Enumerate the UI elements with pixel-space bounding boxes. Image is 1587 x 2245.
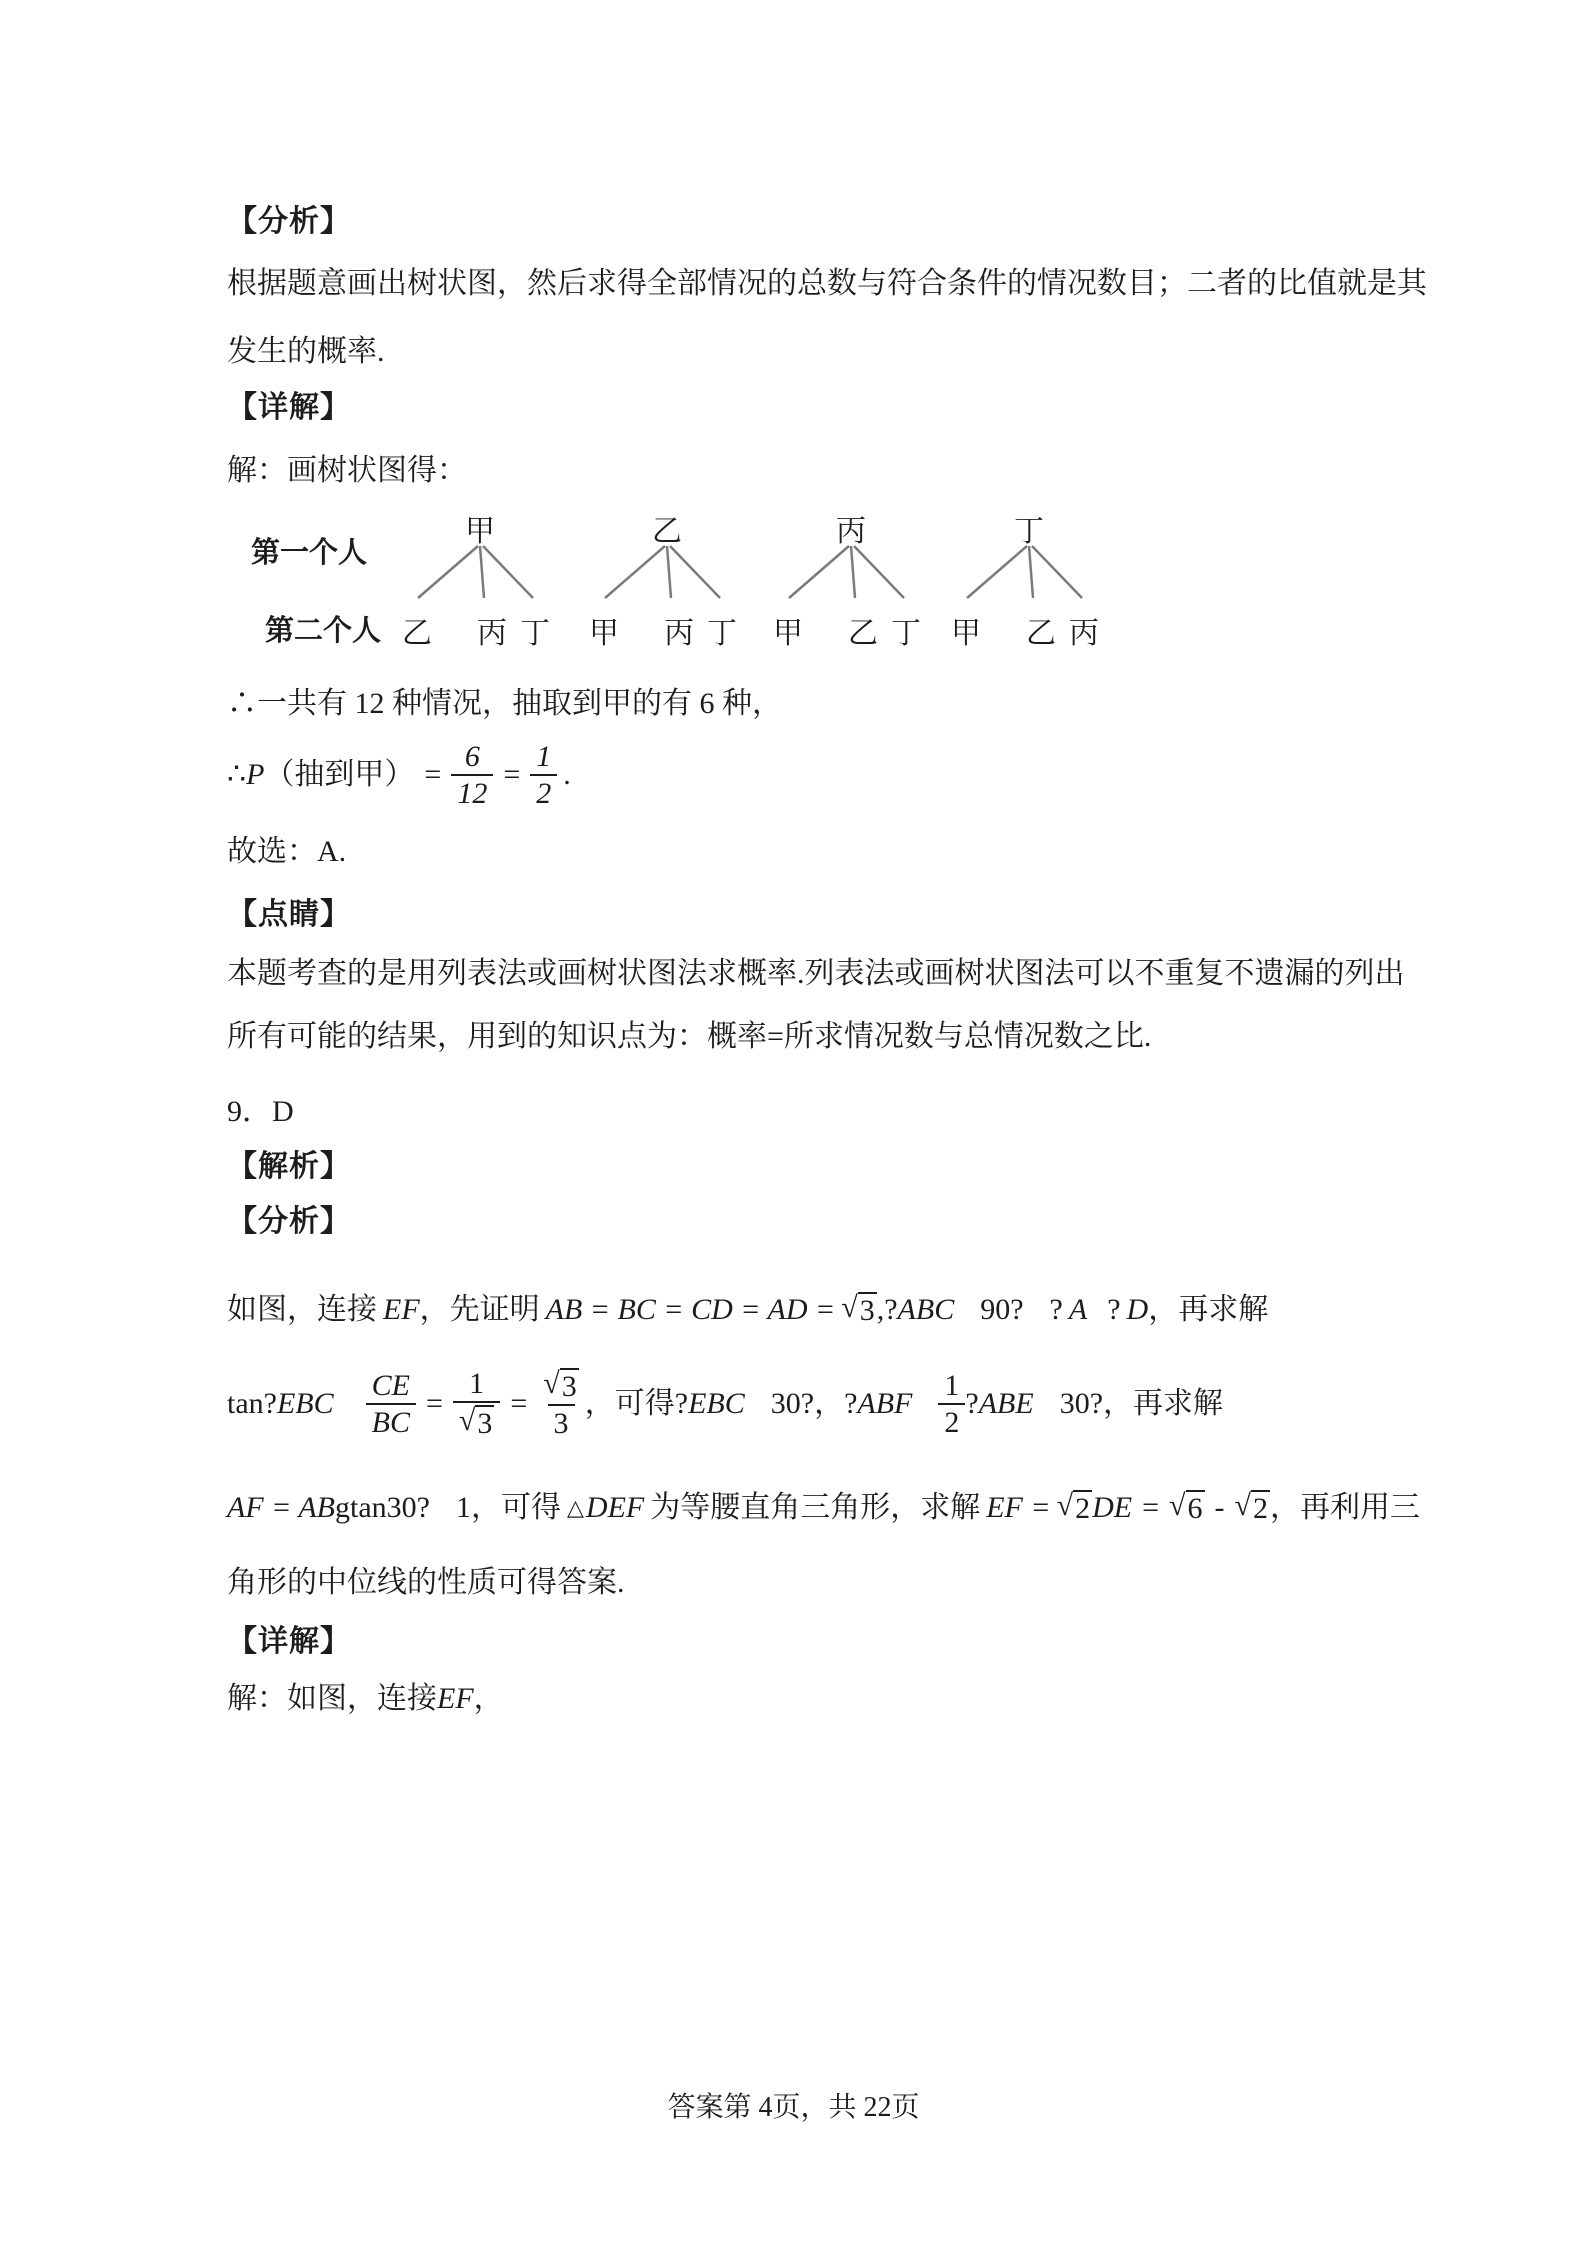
body-text: 本题考查的是用列表法或画树状图法求概率.列表法或画树状图法可以不重复不遗漏的列出: [227, 956, 1405, 992]
answer-choice-8: 故选：A.: [227, 834, 346, 870]
fraction-sqrt3-3: √33: [537, 1367, 584, 1441]
body-text: 解：画树状图得：: [227, 453, 467, 489]
radicand: 3: [475, 1405, 494, 1442]
body-text: ，可得?: [585, 1386, 688, 1422]
equals-sign: =: [424, 757, 441, 793]
math-token: P: [246, 757, 264, 793]
math-token: gtan30?: [335, 1490, 430, 1526]
fraction-1-sqrt3: 1√3: [453, 1367, 500, 1441]
fraction-denominator: 12: [451, 774, 493, 811]
math-token: ABE: [979, 1386, 1034, 1422]
equals-sign: =: [426, 1386, 443, 1422]
math-token: 30?，再求解: [1060, 1386, 1223, 1422]
math-token: ABF: [857, 1386, 912, 1422]
body-text: 为等腰直角三角形，求解: [650, 1490, 980, 1526]
tree-row1-label: 第一个人: [251, 530, 367, 571]
jiexi-heading-9: 【解析】: [227, 1149, 351, 1185]
tree-branch-lines: [400, 544, 560, 600]
math-token: tan?: [227, 1386, 277, 1422]
conclusion-line: ∴一共有 12 种情况，抽取到甲的有 6 种，: [227, 686, 782, 722]
body-text: 角形的中位线的性质可得答案.: [227, 1565, 625, 1601]
page-footer: 答案第 4页，共 22页: [0, 2085, 1587, 2125]
therefore-symbol: ∴: [227, 757, 246, 793]
math-token: 90?: [980, 1292, 1023, 1328]
triangle-symbol: △: [567, 1490, 584, 1526]
analysis-math-line2: tan?EBCCEBC=1√3=√33，可得?EBC30?，?ABF12?ABE…: [227, 1358, 1223, 1450]
tree-child-label: 甲: [588, 608, 620, 652]
body-text: 根据题意画出树状图，然后求得全部情况的总数与符合条件的情况数目；二者的比值就是其: [227, 266, 1427, 302]
tree-branch-lines: [949, 544, 1109, 600]
math-token: D: [1127, 1292, 1149, 1328]
tree-child-label: 丙: [663, 608, 695, 652]
body-text: ，再利用三: [1270, 1490, 1420, 1526]
equals-sign: =: [1142, 1490, 1159, 1526]
radical-sign: √: [1057, 1490, 1073, 1522]
math-token: 30?，?: [771, 1386, 858, 1422]
body-text: ∴一共有 12 种情况，抽取到甲的有 6 种，: [227, 686, 782, 722]
math-token: ?: [965, 1386, 978, 1422]
equals-sign: =: [510, 1386, 527, 1422]
body-text: 1，可得: [456, 1490, 561, 1526]
math-token: EBC: [688, 1386, 745, 1422]
probability-equation: ∴P（抽到甲）=612=12.: [227, 733, 571, 817]
tip-heading-8: 【点睛】: [227, 897, 351, 933]
body-text: ，先证明: [420, 1292, 540, 1328]
equals-sign: =: [503, 757, 520, 793]
radical-2: √2: [1235, 1490, 1270, 1527]
problem-9-answer: 9．D: [227, 1094, 294, 1130]
radical-sign: √: [1235, 1490, 1251, 1522]
fraction-denominator: 2: [530, 774, 557, 811]
body-text: 解：如图，连接: [227, 1681, 437, 1717]
heading-text: 【点睛】: [227, 897, 351, 933]
radical-3: √3: [459, 1405, 494, 1442]
analysis-text-line1: 根据题意画出树状图，然后求得全部情况的总数与符合条件的情况数目；二者的比值就是其: [227, 266, 1427, 302]
radical-sign: √: [459, 1405, 475, 1437]
tree-child-label: 丙: [476, 608, 508, 652]
radicand: 6: [1186, 1490, 1205, 1527]
body-text: 发生的概率.: [227, 334, 385, 370]
tree-group-ding: 丁 甲 乙 丙: [949, 500, 1109, 660]
fraction-denominator: 2: [938, 1403, 965, 1440]
tip-text-line2: 所有可能的结果，用到的知识点为：概率=所求情况数与总情况数之比.: [227, 1019, 1151, 1055]
fenxi-heading-9: 【分析】: [227, 1204, 351, 1240]
minus-sign: -: [1215, 1490, 1225, 1526]
fraction-numerator: 1: [938, 1369, 965, 1403]
tree-group-bing: 丙 甲 乙 丁: [771, 500, 931, 660]
math-token: ?: [1050, 1292, 1063, 1328]
detail-heading-9: 【详解】: [227, 1624, 351, 1660]
heading-text: 【详解】: [227, 1624, 351, 1660]
body-text: 9．D: [227, 1094, 294, 1130]
fraction-numerator: 6: [459, 740, 486, 774]
radical-3: √3: [543, 1368, 578, 1405]
tree-child-label: 甲: [772, 608, 804, 652]
math-token: EBC: [277, 1386, 334, 1422]
tree-child-label: 乙: [401, 608, 433, 652]
analysis-math-line1: 如图，连接EF，先证明AB = BC = CD = AD =√3,?ABC90?…: [227, 1283, 1268, 1337]
math-token: DE: [1092, 1490, 1132, 1526]
fraction-1-2: 12: [530, 740, 557, 810]
radicand: 3: [560, 1368, 579, 1405]
tree-child-label: 乙: [1025, 608, 1057, 652]
body-text: 故选：A.: [227, 834, 346, 870]
tree-group-yi: 乙 甲 丙 丁: [587, 500, 747, 660]
tree-group-jia: 甲 乙 丙 丁: [400, 500, 560, 660]
radicand: 3: [858, 1292, 877, 1329]
analysis-math-line3: AF = ABgtan30?1，可得△DEF为等腰直角三角形，求解EF =√2D…: [227, 1481, 1420, 1535]
fraction-6-12: 612: [451, 740, 493, 810]
radicand: 2: [1073, 1490, 1092, 1527]
tree-branch-lines: [771, 544, 931, 600]
analysis-heading-8: 【分析】: [227, 204, 351, 240]
fraction-denominator: BC: [366, 1403, 416, 1440]
fraction-numerator: CE: [366, 1369, 416, 1403]
detail-heading-8: 【详解】: [227, 390, 351, 426]
body-text: ，再求解: [1148, 1292, 1268, 1328]
tree-child-label: 甲: [950, 608, 982, 652]
tree-child-label: 丙: [1068, 608, 1100, 652]
page-number-text: 答案第 4页，共 22页: [667, 2092, 919, 2123]
heading-text: 【分析】: [227, 1204, 351, 1240]
radical-sign: √: [1169, 1490, 1185, 1522]
fraction-numerator: 1: [530, 740, 557, 774]
solution-intro-8: 解：画树状图得：: [227, 453, 467, 489]
math-token: ABC: [898, 1292, 955, 1328]
body-text: 所有可能的结果，用到的知识点为：概率=所求情况数与总情况数之比.: [227, 1019, 1151, 1055]
heading-text: 【详解】: [227, 390, 351, 426]
math-token: EF =: [986, 1490, 1050, 1526]
math-token: DEF: [586, 1490, 644, 1526]
radical-6: √6: [1169, 1490, 1204, 1527]
math-token: A: [1069, 1292, 1087, 1328]
body-text: 如图，连接: [227, 1292, 377, 1328]
analysis-text-line4: 角形的中位线的性质可得答案.: [227, 1565, 625, 1601]
heading-text: 【解析】: [227, 1149, 351, 1185]
tree-child-label: 丁: [890, 608, 922, 652]
tree-row2-label: 第二个人: [265, 608, 381, 649]
period: .: [563, 757, 571, 793]
body-text: ，: [474, 1681, 504, 1717]
tree-child-label: 丁: [706, 608, 738, 652]
math-token: AF = AB: [227, 1490, 335, 1526]
tree-child-label: 乙: [847, 608, 879, 652]
body-text: （抽到甲）: [264, 757, 414, 793]
radicand: 2: [1251, 1490, 1270, 1527]
document-page: 【分析】 根据题意画出树状图，然后求得全部情况的总数与符合条件的情况数目；二者的…: [0, 0, 1587, 2245]
math-token: AB = BC = CD = AD =: [546, 1292, 836, 1328]
fraction-1-2: 12: [938, 1369, 965, 1439]
radical-sign: √: [841, 1292, 857, 1324]
radical-sign: √: [543, 1368, 559, 1400]
analysis-text-line2: 发生的概率.: [227, 334, 385, 370]
fraction-CE-BC: CEBC: [366, 1369, 416, 1439]
math-token: EF: [437, 1681, 474, 1717]
solution-intro-9: 解：如图，连接 EF，: [227, 1681, 504, 1717]
heading-text: 【分析】: [227, 204, 351, 240]
fraction-numerator: 1: [463, 1367, 490, 1401]
math-token: EF: [383, 1292, 420, 1328]
tree-diagram: 第一个人 第二个人 甲 乙 丙 丁 乙 甲 丙 丁 丙: [227, 500, 1362, 660]
fraction-denominator: 3: [548, 1404, 575, 1441]
math-token: ?: [1107, 1292, 1120, 1328]
math-token: ,?: [877, 1292, 898, 1328]
radical-3: √3: [841, 1292, 876, 1329]
tree-child-label: 丁: [519, 608, 551, 652]
tip-text-line1: 本题考查的是用列表法或画树状图法求概率.列表法或画树状图法可以不重复不遗漏的列出: [227, 956, 1405, 992]
radical-2: √2: [1057, 1490, 1092, 1527]
tree-branch-lines: [587, 544, 747, 600]
